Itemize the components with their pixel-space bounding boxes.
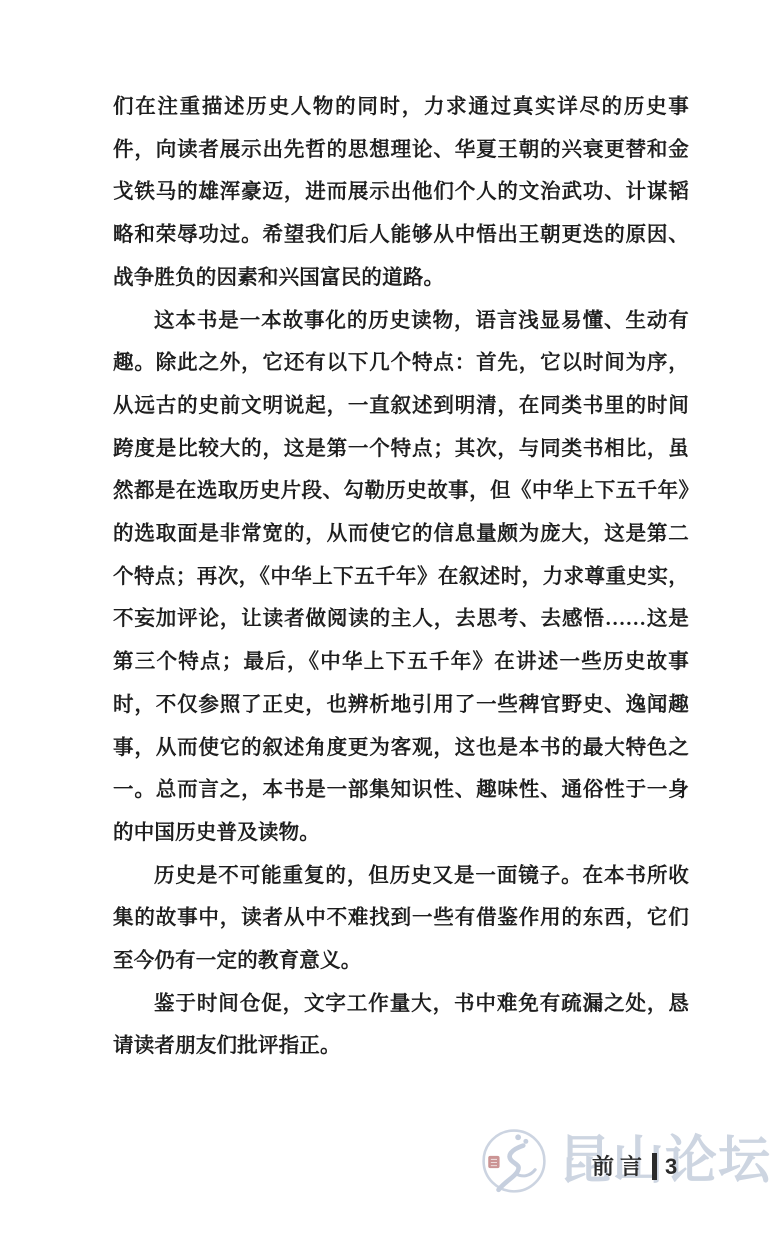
kunshan-forum-logo-icon	[481, 1128, 547, 1196]
paragraph: 鉴于时间仓促，文字工作量大，书中难免有疏漏之处，恳请读者朋友们批评指正。	[113, 983, 689, 1068]
preface-text-block: 们在注重描述历史人物的同时，力求通过真实详尽的历史事件，向读者展示出先哲的思想理…	[113, 86, 689, 1068]
page-number: 3	[665, 1156, 677, 1178]
section-title: 前言	[592, 1156, 648, 1178]
separator-bar-icon	[652, 1153, 657, 1180]
paragraph: 历史是不可能重复的，但历史又是一面镜子。在本书所收集的故事中，读者从中不难找到一…	[113, 855, 689, 983]
footer-page-label: 前言 3	[592, 1153, 677, 1180]
book-page: 们在注重描述历史人物的同时，力求通过真实详尽的历史事件，向读者展示出先哲的思想理…	[0, 0, 780, 1239]
paragraph: 这本书是一本故事化的历史读物，语言浅显易懂、生动有趣。除此之外，它还有以下几个特…	[113, 300, 689, 855]
paragraph: 们在注重描述历史人物的同时，力求通过真实详尽的历史事件，向读者展示出先哲的思想理…	[113, 86, 689, 300]
